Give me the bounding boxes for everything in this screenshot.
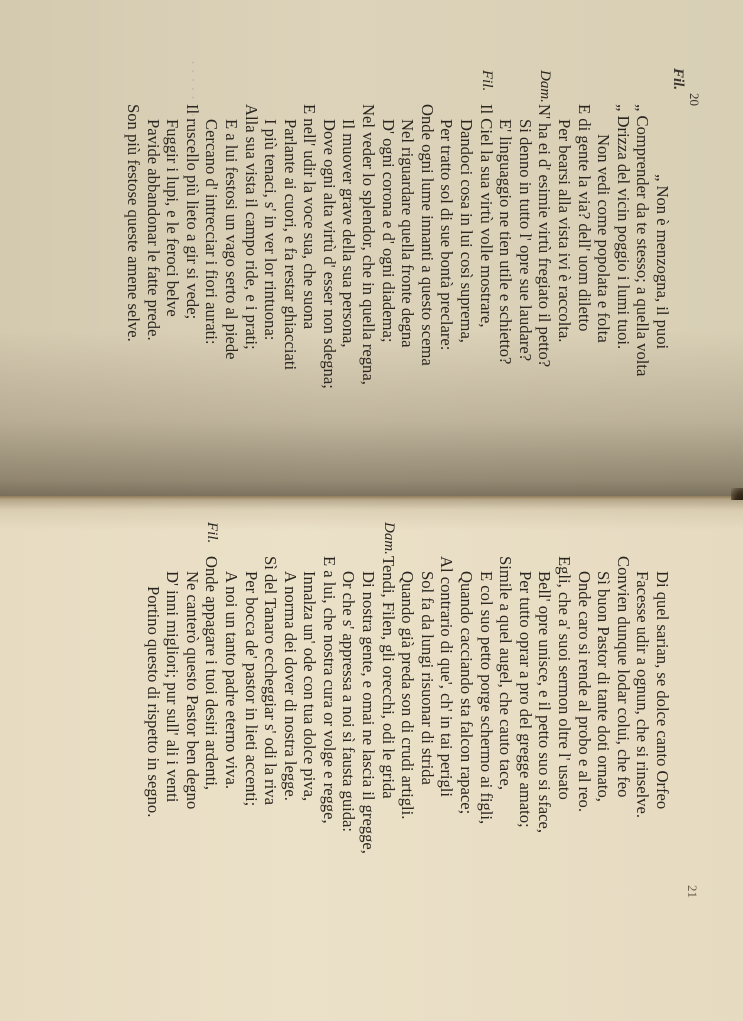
verse-line: Facesse udir a ognun, che si rinselve. [633,556,653,854]
verse-text: A norma dei dover di nostra legge. [281,571,300,801]
verse-text: Or che s' appressa a noi sì fausta guida… [340,571,359,832]
verse-text: Si denno in tutto l' opre sue laudare? [516,119,535,361]
verse-text: Sì del Tanaro eccheggiar s' odi la riva [261,556,280,805]
verse-line: Pavide abbandonar le fatte prede. [143,104,163,389]
verse-text: „ Drizza del vicin poggio i lumi tuoi. [614,104,633,349]
verse-text: Alla sua vista il campo ride, e i prati; [242,104,261,350]
verse-line: A norma dei dover di nostra legge. [280,556,300,854]
verse-text: Quando cacciando sta falcon rapace; [457,571,476,814]
verse-text: E a lui, che nostra cura or volge e regg… [320,556,339,824]
verse-line: Convien dunque lodar colui, che feo [613,556,633,854]
verse-line: E col suo petto porge schermo ai figli, [476,556,496,854]
verse-text: N' ha ei d' esimie virtù fregiato il pet… [535,104,554,367]
verse-line: D' inni migliori; pur sull' ali i venti [163,556,183,854]
verse-line: Nel veder lo splendor, che in quella reg… [359,104,379,389]
verse-text: „ Non è menzogna, il puoi [653,174,672,349]
verse-text: Bell' opre unisce, e il petto suo si sfa… [535,571,554,833]
verse-line: Egli, che a' suoi sermon oltre l' usato [554,556,574,854]
verse-line: Per bocca de' pastor in lieti accenti; [241,556,261,854]
verse-text: E col suo petto porge schermo ai figli, [477,571,496,824]
verse-text: Son più festose queste amene selve. [124,104,143,342]
verse-text: Dandoci cosa in lui così suprema, [457,119,476,343]
verse-line: Son più festose queste amene selve. [123,104,143,389]
speaker-label: Fil. [476,70,496,91]
verse-text: Innalza un' ode con tua dolce piva, [300,571,319,801]
verse-line: Portino questo di rispetto in segno. [143,556,163,854]
page-number: 20 [686,93,702,106]
verse-text: Per bearsi alla vista ivi è raccolta. [555,119,574,342]
verse-text: Il muover grave della sua persona, [340,119,359,348]
verse-line: Di nostra gente, e omai ne lascia il gre… [359,556,379,854]
verse-text: Il Ciel la sua virtù volle mostrare, [477,104,496,328]
verse-text: Nel veder lo splendor, che in quella reg… [359,104,378,385]
verse-line: E nell' udir la voce sua, che suona [300,104,320,389]
verse-text: Al contrario di que', ch' in tai perigli [437,556,456,797]
verse-text: Il ruscello più lieto a gir si vede; [183,104,202,319]
upper-page: 20 Fil. · · · · · · · „ Non è menzogna, … [0,0,743,500]
verse-text: Ne canterò questo Pastor ben degno [183,571,202,809]
verse-line: Dandoci cosa in lui così suprema, [456,104,476,389]
verse-text: Per tutto oprar a pro del gregge amato; [516,571,535,828]
verse-text: Tendi, Filen, gli orecchi, odi le grida [379,556,398,799]
verse-text: Non vedi come popolata e folta [594,134,613,343]
verse-text: Portino questo di rispetto in segno. [144,586,163,817]
verse-text: Dove ogni alta virtù d' esser non sdegna… [320,119,339,389]
verse-text: Per tratto sol di sue bontà preclare: [437,119,456,350]
verse-text: Simile a quel augel, che cauto tace, [496,556,515,790]
verse-line: Il muover grave della sua persona, [339,104,359,389]
verse-text: D' inni migliori; pur sull' ali i venti [163,571,182,802]
verse-text: E' linguaggio ne tien utile e schietto? [496,119,515,364]
verse-text: Egli, che a' suoi sermon oltre l' usato [555,556,574,800]
verse-line: Non vedi come popolata e folta [594,104,614,389]
speaker-label: Dam. [535,70,555,103]
verse-block-upper: „ Non è menzogna, il puoi„ Comprender da… [123,104,672,389]
verse-text: Convien dunque lodar colui, che feo [614,556,633,797]
verse-line: Per tutto oprar a pro del gregge amato; [515,556,535,854]
verse-line: Per tratto sol di sue bontà preclare: [437,104,457,389]
verse-text: Di nostra gente, e omai ne lascia il gre… [359,571,378,854]
verse-text: Di quel sarian, se dolce canto Orfeo [653,571,672,809]
verse-text: I più tenaci, s' in ver lor rintuona: [261,119,280,340]
verse-text: Pavide abbandonar le fatte prede. [144,119,163,341]
verse-line: I più tenaci, s' in ver lor rintuona: [261,104,281,389]
verse-line: Nel riguardare quella fronte degna [398,104,418,389]
verse-text: Fuggir i lupi, e le feroci belve [163,119,182,317]
verse-line: Dam.Tendi, Filen, gli orecchi, odi le gr… [378,556,398,854]
speaker-label: Dam. [378,522,398,555]
verse-text: D' ogni corona e d' ogni diadema; [379,119,398,342]
verse-line: E a lui, che nostra cura or volge e regg… [319,556,339,854]
verse-line: E di gente la via? dell' uom diletto [574,104,594,389]
verse-line: D' ogni corona e d' ogni diadema; [378,104,398,389]
verse-text: Quando già preda son di crudi artigli. [398,571,417,819]
verse-line: Si denno in tutto l' opre sue laudare? [515,104,535,389]
verse-text: Onde ogni lume innanti a questo scema [418,104,437,366]
verse-text: E di gente la via? dell' uom diletto [575,104,594,331]
verse-line: Sì del Tanaro eccheggiar s' odi la riva [261,556,281,854]
verse-line: Ne canterò questo Pastor ben degno [182,556,202,854]
verse-line: „ Drizza del vicin poggio i lumi tuoi. [613,104,633,389]
verse-text: Per bocca de' pastor in lieti accenti; [242,571,261,806]
page-speaker-header: Fil. [669,68,686,90]
verse-text: Sì buon Pastor di tante doti ornato, [594,571,613,802]
verse-text: E a lui festosi un vago serto al piede [222,119,241,360]
speaker-label: Fil. [202,522,222,543]
verse-line: Quando cacciando sta falcon rapace; [456,556,476,854]
verse-line: „ Comprender da te stesso; a quella volt… [633,104,653,389]
verse-line: E a lui festosi un vago serto al piede [221,104,241,389]
verse-text: Parlante ai cuori, e fa restar ghiacciat… [281,119,300,370]
page-number: 21 [684,885,700,898]
verse-line: Parlante ai cuori, e fa restar ghiacciat… [280,104,300,389]
verse-text: Cercano d' intrecciar i fiori aurati: [202,119,221,345]
verse-text: A noi un tanto padre eterno viva. [222,571,241,789]
lower-page: 21 Di quel sarian, se dolce canto OrfeoF… [0,500,743,1021]
verse-line: Dam.N' ha ei d' esimie virtù fregiato il… [535,104,555,389]
verse-text: „ Comprender da te stesso; a quella volt… [633,104,652,376]
verse-line: Fil.Il Ciel la sua virtù volle mostrare, [476,104,496,389]
verse-line: Cercano d' intrecciar i fiori aurati: [202,104,222,389]
verse-line: Sì buon Pastor di tante doti ornato, [594,556,614,854]
verse-line: „ Non è menzogna, il puoi [652,104,672,389]
verse-line: Fil.Onde appagare i tuoi desiri ardenti, [202,556,222,854]
verse-line: Sol fa da lungi risuonar di strida [417,556,437,854]
verse-line: Onde caro si rende al probo e al reo. [574,556,594,854]
verse-line: Onde ogni lume innanti a questo scema [417,104,437,389]
verse-line: Di quel sarian, se dolce canto Orfeo [652,556,672,854]
verse-line: Dove ogni alta virtù d' esser non sdegna… [319,104,339,389]
verse-line: A noi un tanto padre eterno viva. [221,556,241,854]
verse-text: Onde caro si rende al probo e al reo. [575,571,594,812]
verse-line: Il ruscello più lieto a gir si vede; [182,104,202,389]
verse-line: Bell' opre unisce, e il petto suo si sfa… [535,556,555,854]
verse-line: E' linguaggio ne tien utile e schietto? [496,104,516,389]
verse-block-lower: Di quel sarian, se dolce canto OrfeoFace… [143,556,672,854]
verse-line: Quando già preda son di crudi artigli. [398,556,418,854]
verse-line: Simile a quel augel, che cauto tace, [496,556,516,854]
verse-line: Innalza un' ode con tua dolce piva, [300,556,320,854]
verse-text: Facesse udir a ognun, che si rinselve. [633,571,652,818]
verse-text: Onde appagare i tuoi desiri ardenti, [202,556,221,790]
verse-line: Fuggir i lupi, e le feroci belve [163,104,183,389]
verse-line: Or che s' appressa a noi sì fausta guida… [339,556,359,854]
verse-text: E nell' udir la voce sua, che suona [300,104,319,329]
verse-line: Alla sua vista il campo ride, e i prati; [241,104,261,389]
verse-line: Al contrario di que', ch' in tai perigli [437,556,457,854]
verse-line: Per bearsi alla vista ivi è raccolta. [554,104,574,389]
verse-text: Nel riguardare quella fronte degna [398,119,417,348]
verse-text: Sol fa da lungi risuonar di strida [418,571,437,785]
